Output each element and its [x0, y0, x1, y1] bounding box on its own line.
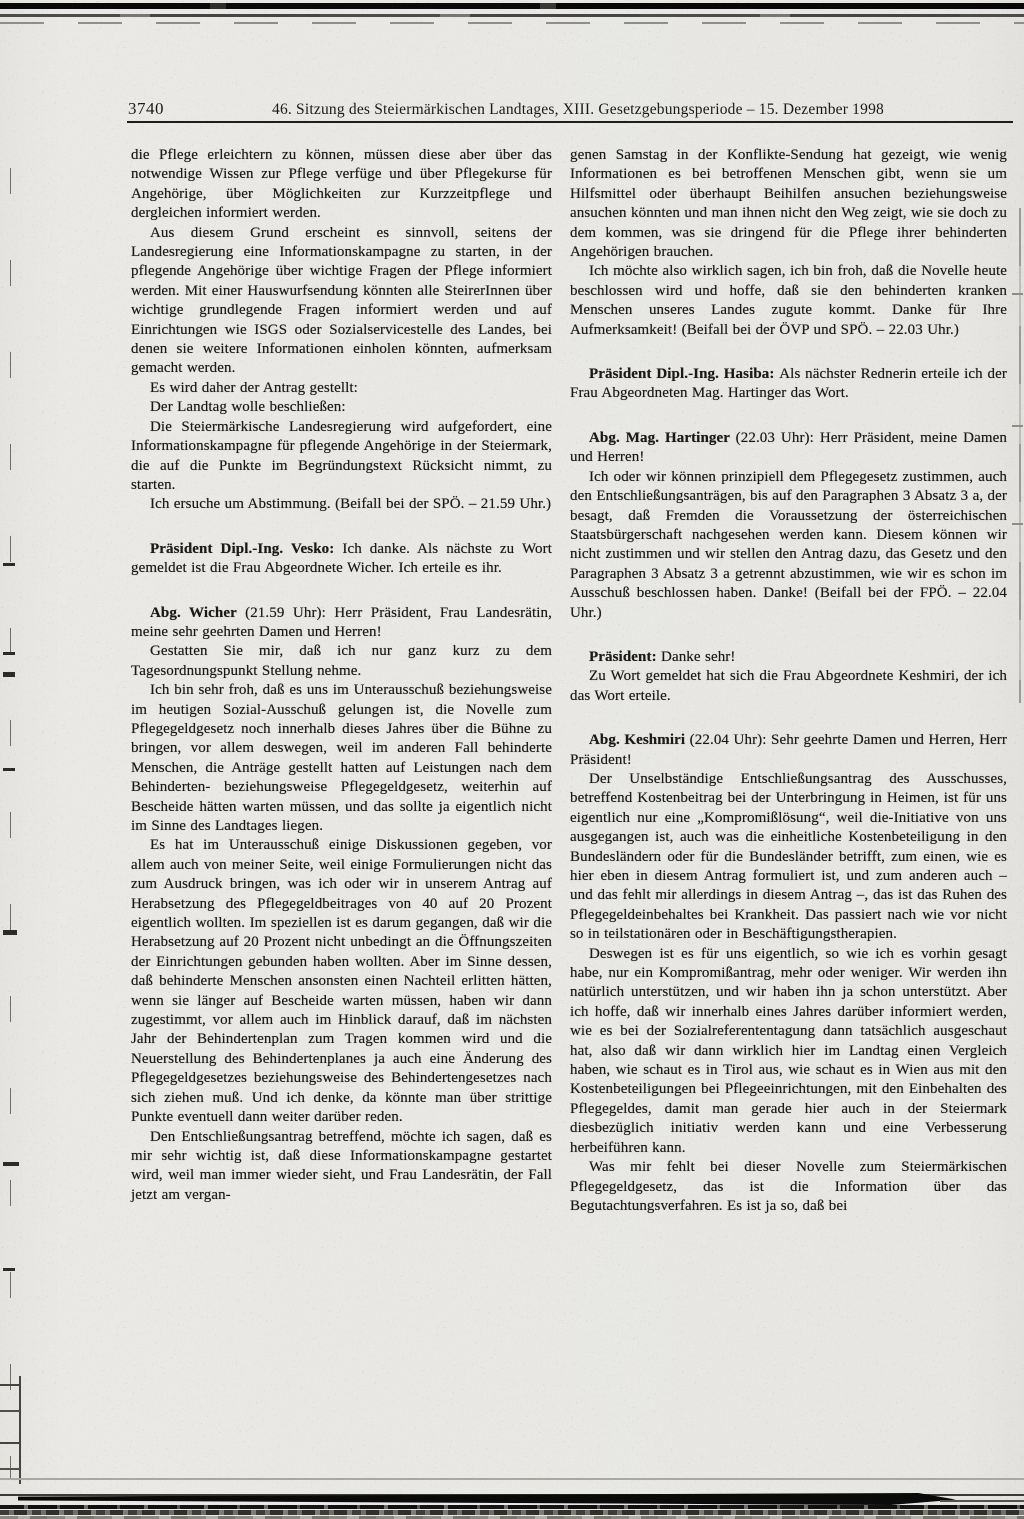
scan-artifact-left-margin-line [10, 168, 11, 1480]
scan-artifact-left-tick [3, 1268, 15, 1271]
speech-paragraph: Präsident Dipl.-Ing. Vesko: Ich danke. A… [131, 540, 552, 579]
scan-artifact-bottom-thin-line-right [940, 1500, 1024, 1502]
paragraph: Aus diesem Grund erscheint es sinnvoll, … [131, 224, 552, 379]
paragraph: Der Unselbständige Entschließungsantrag … [570, 770, 1007, 945]
speech-paragraph: Abg. Wicher (21.59 Uhr): Herr Präsident,… [131, 604, 552, 643]
scan-artifact-corner-grid-line [0, 1410, 20, 1412]
paragraph: Was mir fehlt bei dieser Novelle zum Ste… [570, 1158, 1007, 1216]
scan-artifact-corner-grid-line [0, 1384, 20, 1386]
paragraph: Den Entschließungsantrag betreffend, möc… [131, 1128, 552, 1206]
speaker-name: Abg. Keshmiri [589, 732, 690, 748]
scan-artifact-left-tick [3, 768, 15, 771]
speaker-name: Abg. Wicher [150, 605, 245, 621]
speaker-name: Abg. Mag. Hartinger [589, 430, 736, 446]
text-column-left: die Pflege erleichtern zu können, müssen… [131, 146, 552, 1205]
paragraph: genen Samstag in der Konflikte-Sendung h… [570, 146, 1007, 262]
speech-paragraph: Präsident Dipl.-Ing. Hasiba: Als nächste… [570, 365, 1007, 404]
paragraph: Ich ersuche um Abstimmung. (Beifall bei … [131, 495, 552, 514]
speech-paragraph: Präsident: Danke sehr! [570, 648, 1007, 667]
paragraph: Es wird daher der Antrag gestellt: [131, 379, 552, 398]
header-title: 46. Sitzung des Steiermärkischen Landtag… [200, 101, 1012, 119]
paragraph: Es hat im Unterausschuß einige Diskussio… [131, 836, 552, 1127]
page-header: 3740 46. Sitzung des Steiermärkischen La… [128, 99, 1012, 119]
paragraph: Zu Wort gemeldet hat sich die Frau Abgeo… [570, 667, 1007, 706]
scan-artifact-top-line [0, 3, 1024, 9]
scan-artifact-right-margin-line [1019, 208, 1021, 703]
paragraph: Die Steiermärkische Landesregierung wird… [131, 418, 552, 496]
scan-artifact-right-tick [1012, 425, 1023, 427]
scan-artifact-bottom-streak [0, 1505, 1024, 1509]
scan-artifact-left-tick [3, 930, 17, 935]
paragraph: Ich oder wir können prinzipiell dem Pfle… [570, 468, 1007, 623]
speaker-name: Präsident Dipl.-Ing. Hasiba: [589, 366, 779, 382]
scan-artifact-top-line-2 [0, 14, 1024, 17]
speaker-name: Präsident: [589, 649, 661, 665]
scan-artifact-corner-grid-line [0, 1468, 20, 1470]
speech-paragraph: Abg. Keshmiri (22.04 Uhr): Sehr geehrte … [570, 731, 1007, 770]
scan-artifact-bottom-streak [0, 1510, 1024, 1515]
paragraph: Ich möchte also wirklich sagen, ich bin … [570, 262, 1007, 340]
scan-artifact-right-tick [1012, 293, 1023, 295]
scan-artifact-left-tick [3, 1162, 19, 1166]
paragraph: Deswegen ist es für uns eigentlich, so w… [570, 945, 1007, 1158]
speech-paragraph: Abg. Mag. Hartinger (22.03 Uhr): Herr Pr… [570, 429, 1007, 468]
paragraph: die Pflege erleichtern zu können, müssen… [131, 146, 552, 224]
paragraph: Ich bin sehr froh, daß es uns im Unterau… [131, 681, 552, 836]
header-rule [127, 121, 1013, 123]
scan-artifact-bottom-thin-line [0, 1494, 1024, 1496]
scan-artifact-bottom-black-band [18, 1493, 956, 1505]
speaker-name: Präsident Dipl.-Ing. Vesko: [150, 541, 342, 557]
scan-artifact-left-tick [3, 652, 15, 655]
scanned-protocol-page: { "theme": { "paper": "#e9e8e4", "ink": … [0, 0, 1024, 1519]
scan-artifact-top-dashes [0, 22, 1024, 24]
paragraph: Der Landtag wolle beschließen: [131, 398, 552, 417]
scan-artifact-right-tick [1012, 523, 1023, 525]
text-column-right: genen Samstag in der Konflikte-Sendung h… [570, 146, 1007, 1216]
scan-artifact-corner-grid-vertical [19, 1376, 21, 1484]
scan-artifact-bottom-faint-line [0, 1478, 1024, 1480]
paragraph: Gestatten Sie mir, daß ich nur ganz kurz… [131, 642, 552, 681]
scan-artifact-left-tick [3, 563, 15, 566]
scan-artifact-corner-grid-line [0, 1442, 20, 1444]
scan-artifact-left-tick [3, 672, 15, 677]
page-number: 3740 [128, 99, 200, 119]
